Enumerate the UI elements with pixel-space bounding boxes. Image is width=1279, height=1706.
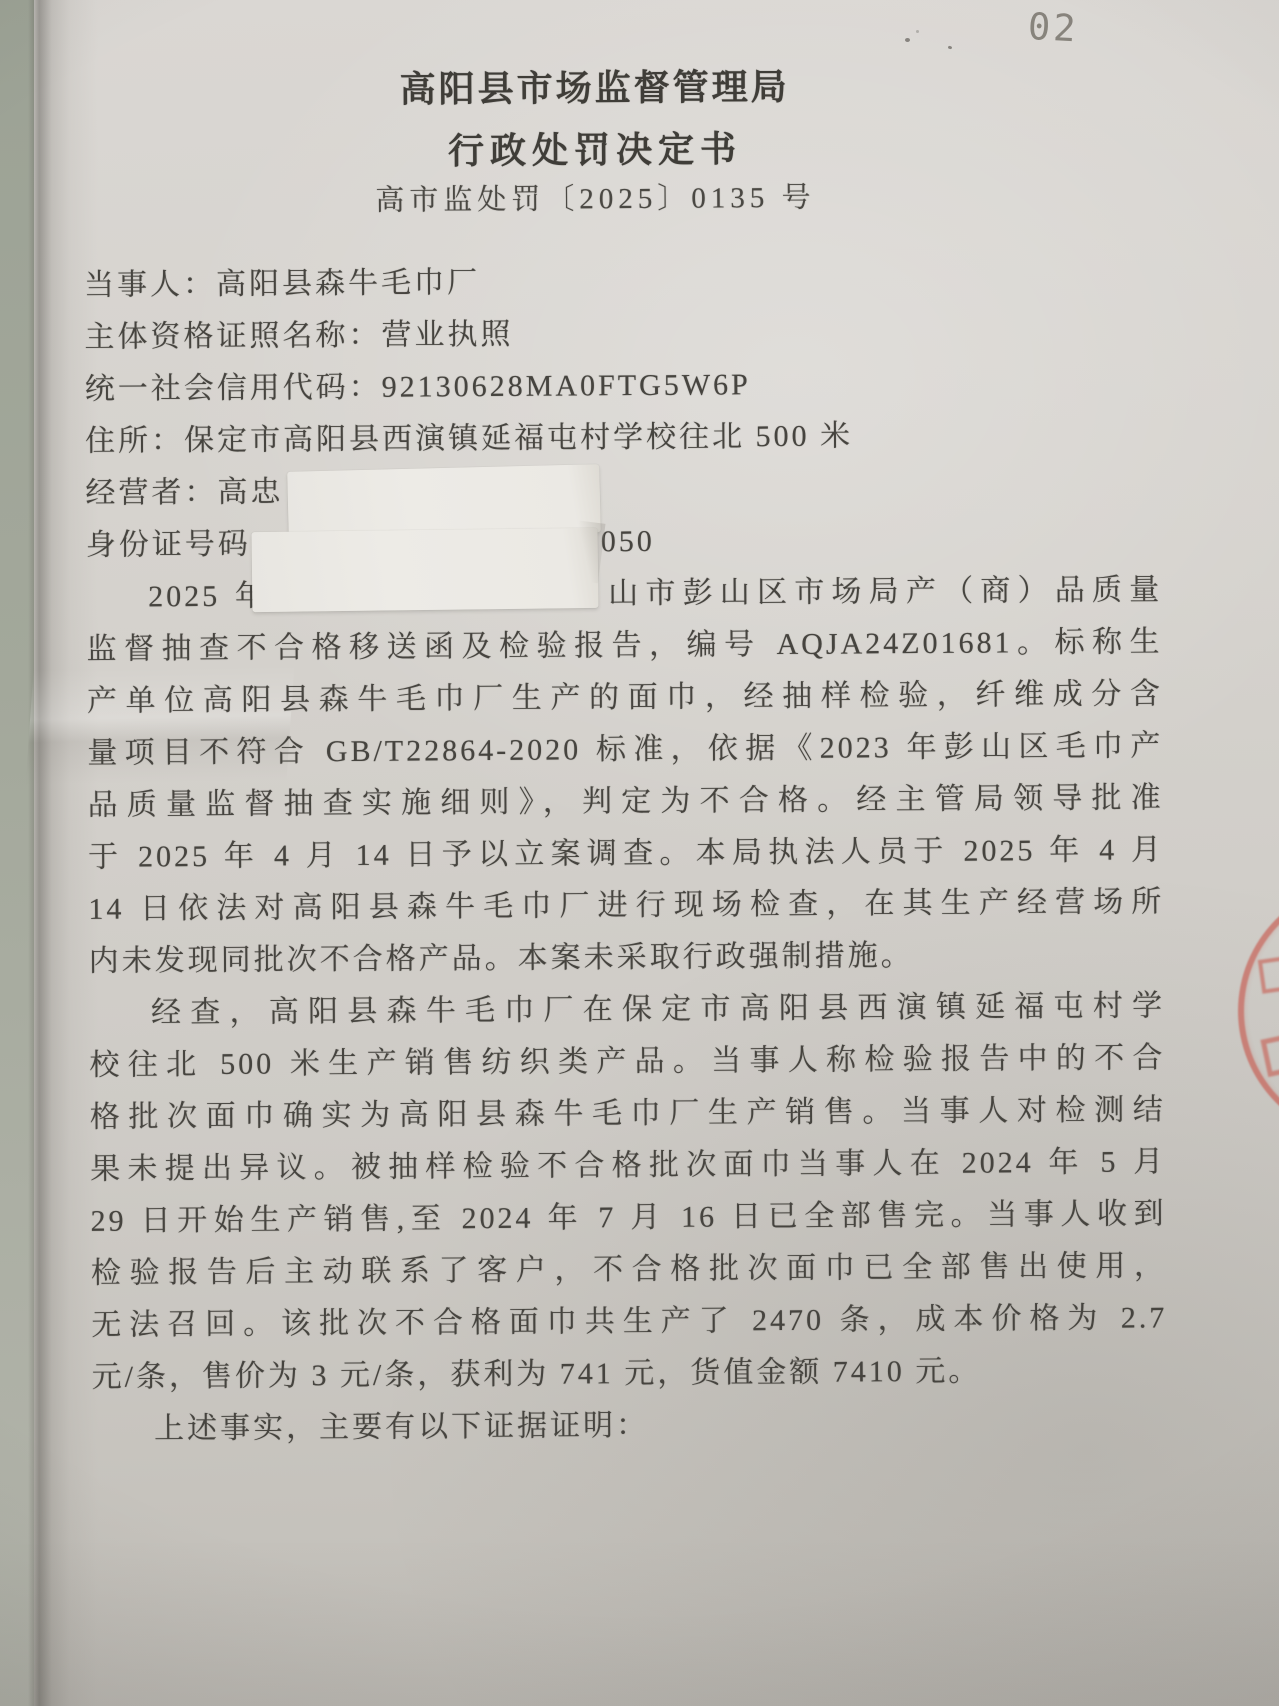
id-number-line: 身份证号码：050 [86, 512, 1162, 572]
body-line: 内未发现同批次不合格产品。本案未采取行政强制措施。 [89, 928, 1165, 988]
party-name-line: 当事人：高阳县森牛毛巾厂 [84, 252, 1160, 312]
body-line: 量项目不符合 GB/T22864-2020 标准，依据《2023 年彭山区毛巾产 [87, 720, 1163, 780]
body-line: 于 2025 年 4 月 14 日予以立案调查。本局执法人员于 2025 年 4… [88, 824, 1164, 884]
body-line: 产单位高阳县森牛毛巾厂生产的面巾，经抽样检验，纤维成分含 [87, 668, 1163, 728]
credit-code-line: 统一社会信用代码：92130628MA0FTG5W6P [85, 356, 1161, 416]
document-type-title: 行政处罚决定书 [0, 118, 1195, 177]
closing-line: 上述事实，主要有以下证据证明： [92, 1396, 1168, 1456]
body-line: 元/条，售价为 3 元/条，获利为 741 元，货值金额 7410 元。 [91, 1344, 1167, 1404]
redaction-tape [252, 528, 599, 612]
document-text-block: 当事人：高阳县森牛毛巾厂 主体资格证照名称：营业执照 统一社会信用代码：9213… [84, 252, 1168, 1455]
body-line: 经查，高阳县森牛毛巾厂在保定市高阳县西演镇延福屯村学 [89, 980, 1165, 1040]
body-line: 格批次面巾确实为高阳县森牛毛巾厂生产销售。当事人对检测结 [90, 1084, 1166, 1144]
operator-label: 经营者： [85, 476, 217, 510]
document-photo: 02 高阳县市场监督管理局 行政处罚决定书 高市监处罚〔2025〕0135 号 … [0, 0, 1279, 1706]
body-line: 无法召回。该批次不合格面巾共生产了 2470 条，成本价格为 2.7 [91, 1292, 1167, 1352]
body-line: 监督抽查不合格移送函及检验报告，编号 AQJA24Z01681。标称生 [86, 616, 1162, 676]
body-line: 校往北 500 米生产销售纺织类产品。当事人称检验报告中的不合 [89, 1032, 1165, 1092]
seal-text-mark [1260, 1033, 1279, 1077]
body-line: 14 日依法对高阳县森牛毛巾厂进行现场检查，在其生产经营场所 [88, 876, 1164, 936]
id-number-visible-digits: 050 [601, 516, 655, 568]
body-line: 果未提出异议。被抽样检验不合格批次面巾当事人在 2024 年 5 月 [90, 1136, 1166, 1196]
body-line: 品质量监督抽查实施细则》，判定为不合格。经主管局领导批准 [87, 772, 1163, 832]
document-content: 高阳县市场监督管理局 行政处罚决定书 高市监处罚〔2025〕0135 号 当事人… [0, 0, 1279, 1706]
issuing-agency-title: 高阳县市场监督管理局 [0, 56, 1195, 115]
seal-text-mark [1258, 956, 1279, 994]
license-name-line: 主体资格证照名称：营业执照 [84, 304, 1160, 364]
body-line: 2025 年 4 月 14 日本局接眉山市彭山区市场局产（商）品质量 [86, 564, 1162, 624]
address-line: 住所：保定市高阳县西演镇延福屯村学校往北 500 米 [85, 408, 1161, 468]
body-line: 检验报告后主动联系了客户，不合格批次面巾已全部售出使用， [91, 1240, 1167, 1300]
operator-name-visible: 高忠 [217, 475, 283, 508]
body-line: 29 日开始生产销售,至 2024 年 7 月 16 日已全部售完。当事人收到 [90, 1188, 1166, 1248]
operator-line: 经营者：高忠 [85, 460, 1161, 520]
document-number: 高市监处罚〔2025〕0135 号 [0, 172, 1196, 221]
